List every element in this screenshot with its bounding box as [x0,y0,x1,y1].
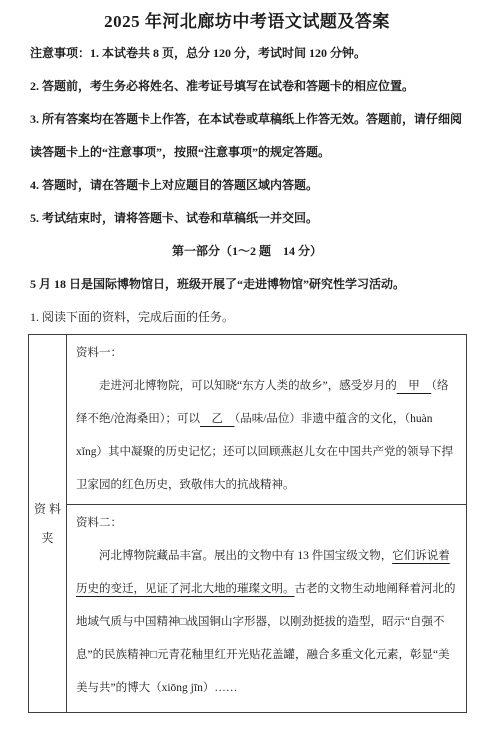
page-title: 2025 年河北廊坊中考语文试题及答案 [0,0,494,33]
notice-item-1: 注意事项：1. 本试卷共 8 页，总分 120 分，考试时间 120 分钟。 [30,37,464,70]
notice-item-2: 2. 答题前，考生务必将姓名、准考证号填写在试卷和答题卡的相应位置。 [30,70,464,103]
section-heading: 第一部分（1～2 题 14 分） [30,235,464,268]
blank-jia: 甲 [397,380,432,392]
exam-body: 注意事项：1. 本试卷共 8 页，总分 120 分，考试时间 120 分钟。 2… [30,37,464,334]
materials-folder-table: 资 料 夹 资料一： 走进河北博物院，可以知晓“东方人类的故乡”，感受岁月的 甲… [28,334,467,713]
exam-paper-page: 2025 年河北廊坊中考语文试题及答案 注意事项：1. 本试卷共 8 页，总分 … [0,0,494,732]
notice-item-4: 4. 答题时，请在答题卡上对应题目的答题区域内答题。 [30,169,464,202]
folder-content: 资料一： 走进河北博物院，可以知晓“东方人类的故乡”，感受岁月的 甲 （络绎不绝… [67,335,466,712]
material-2-text-1: 河北博物院藏品丰富。展出的文物中有 13 件国宝级文物， [99,550,392,562]
material-2-heading: 资料二： [76,507,456,540]
folder-label-line-1: 资 料 [34,495,61,524]
material-2-text-2: 古老的文物生动地阐释着河北的地域气质与中国精神□战国铜山字形器，以刚劲挺拔的造型… [76,583,456,694]
material-1-cell: 资料一： 走进河北博物院，可以知晓“东方人类的故乡”，感受岁月的 甲 （络绎不绝… [67,335,466,505]
material-2-paragraph: 河北博物院藏品丰富。展出的文物中有 13 件国宝级文物，它们诉说着历史的变迁，见… [76,540,456,705]
activity-intro: 5 月 18 日是国际博物馆日，班级开展了“走进博物馆”研究性学习活动。 [30,268,464,301]
blank-yi: 乙 [200,413,235,425]
material-1-heading: 资料一： [76,337,456,370]
folder-label: 资 料 夹 [29,335,67,712]
notice-item-3: 3. 所有答案均在答题卡上作答，在本试卷或草稿纸上作答无效。答题前，请仔细阅读答… [30,103,464,169]
material-2-cell: 资料二： 河北博物院藏品丰富。展出的文物中有 13 件国宝级文物，它们诉说着历史… [67,505,466,712]
task-instruction: 1. 阅读下面的资料，完成后面的任务。 [30,301,464,334]
material-1-paragraph: 走进河北博物院，可以知晓“东方人类的故乡”，感受岁月的 甲 （络绎不绝/沧海桑田… [76,370,456,502]
notice-item-5: 5. 考试结束时，请将答题卡、试卷和草稿纸一并交回。 [30,202,464,235]
material-1-text-1: 走进河北博物院，可以知晓“东方人类的故乡”，感受岁月的 [99,380,397,392]
folder-label-line-2: 夹 [41,524,53,553]
